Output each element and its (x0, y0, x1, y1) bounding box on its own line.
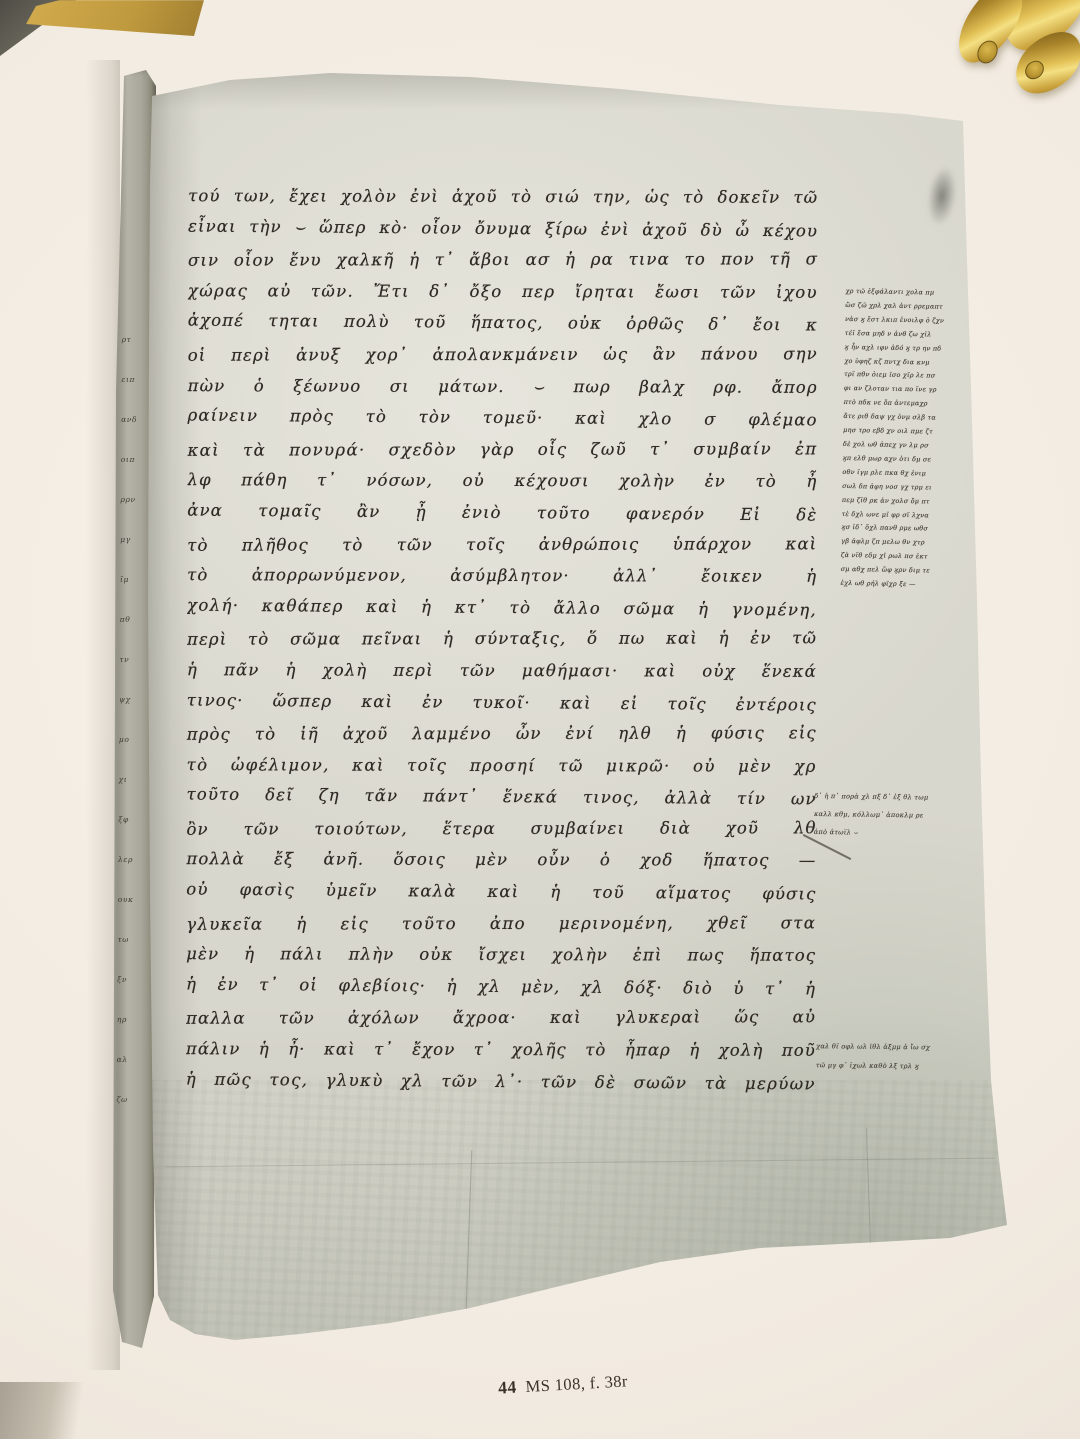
leaf-fragment: ξφ (118, 800, 152, 840)
text-line: τινος· ὥσπερ καὶ ἐν τυκοῖ· καὶ εἰ τοῖς ἐ… (187, 684, 817, 721)
text-line: ἡ πᾶν ἡ χολὴ περὶ τῶν μαθήμασι· καὶ οὐχ … (187, 654, 817, 687)
text-line: τὸ πλῆθος τὸ τῶν τοῖς ἀνθρώποις ὑπάρχον … (187, 528, 817, 561)
text-line: ἀνα τομαῖς ἂν ᾖ ἐνιὸ τοῦτο φανερόν Εἰ δὲ (187, 494, 817, 531)
text-line: γλυκεῖα ἡ εἰς τοῦτο ἀπο μερινομένη, χθεῖ… (186, 907, 816, 940)
scholia-line: πεμ ζϊθ ρκ ἀν χολσ ὅμ πτ (842, 494, 966, 510)
leaf-fragment: ξν (117, 960, 151, 1000)
leaf-fragment: αλ (116, 1040, 150, 1080)
caption-page-number: 44 (498, 1377, 518, 1398)
text-line: τὸ ἀπορρωνύμενον, ἀσύμβλητον· ἀλλ᾽ ἔοικε… (187, 559, 817, 592)
book-cover-edge (26, 0, 206, 48)
folio-edge-smudge (924, 164, 960, 227)
marginal-note-lower: χαλ θϊ οφλ ωλ ϊθλ ἀξμμ ἀ ἴω σχτῶ μγ φ᾽ ἰ… (816, 1037, 970, 1077)
note-line: χαλ θϊ οφλ ωλ ϊθλ ἀξμμ ἀ ἴω σχ (816, 1037, 970, 1058)
text-line: καὶ τὰ πονυρά· σχεδὸν γὰρ οἷς ζωῦ τ᾽ συμ… (187, 433, 817, 466)
leaf-fragment: μο (119, 720, 153, 760)
text-line: τού των, ἔχει χολὸν ἐνὶ ἀχοῦ τὸ σιώ την,… (188, 180, 818, 213)
marginal-scholia-block: χρ τῶ ἐξφάλαντι χολα πμὥσ ζῶ χρλ χαλ ἀντ… (840, 285, 969, 593)
greek-main-text: τού των, ἔχει χολὸν ἐνὶ ἀχοῦ τὸ σιώ την,… (186, 180, 818, 1098)
leaf-fragment: τω (117, 920, 151, 960)
marginal-note-middle: δ᾽ ἡ π᾽ πορὰ χλ πξ δ᾽ ἐξ θλ τωμκαλλ κθμ,… (814, 787, 967, 843)
text-line: πάλιν ἡ ἦ· καὶ τ᾽ ἔχον τ᾽ χολῆς τὸ ἧπαρ … (186, 1033, 816, 1066)
text-line: χώρας αὐ τῶν. Ἔτι δ᾽ ὄξο περ ἴρηται ἔωσι… (188, 275, 818, 308)
text-line: εἶναι τὴν ⌣ ὥπερ κὸ· οἷον ὄνυμα ξίρω ἐνὶ… (188, 210, 818, 247)
caption-shelfmark: MS 108, f. 38r (525, 1371, 628, 1396)
gold-hand-fingers-icon (938, 0, 1080, 112)
leaf-fragment: ζω (116, 1080, 150, 1120)
leaf-fragment: λερ (118, 840, 152, 880)
scholia-line: ἐχλ ωθ ρήλ φϊχρ ξε — (840, 577, 964, 593)
text-line: οἱ περὶ ἀνυξ χορ᾽ ἀπολανκμάνειν ὡς ἂν πά… (188, 338, 818, 371)
plate-paper-texture (150, 1080, 1010, 1345)
manuscript-plate: τού των, ἔχει χολὸν ἐνὶ ἀχοῦ τὸ σιώ την,… (0, 0, 1080, 1439)
text-line: χολή· καθάπερ καὶ ἡ κτ᾽ τὸ ἄλλο σῶμα ἡ γ… (187, 589, 817, 626)
book-photo: ρτειπανδοιπρρνμγϊμπθτνψχμοχιξφλερουκτωξν… (0, 0, 1080, 1439)
scholia-line: ϗ ἦν αχλ ιφν ἁδό ϗ τρ ην πδ (844, 341, 968, 357)
leaf-fragment: ουκ (118, 880, 152, 920)
text-line: μὲν ἡ πάλι πλὴν οὐκ ἴσχει χολὴν ἐπὶ πως … (186, 938, 816, 971)
note-line: τῶ μγ φ᾽ ἰχωλ καθὸ λξ τρλ ϗ (816, 1056, 970, 1077)
text-line: παλλα τῶν ἀχόλων ἄχροα· καὶ γλυκεραὶ ὥς … (186, 1002, 816, 1035)
text-line: ὂν τῶν τοιούτων, ἕτερα συμβαίνει διὰ χοῦ… (186, 812, 816, 845)
text-line: τὸ ὠφέλιμον, καὶ τοῖς προσηί τῶ μικρῶ· ο… (187, 749, 817, 782)
note-line: δ᾽ ἡ π᾽ πορὰ χλ πξ δ᾽ ἐξ θλ τωμ (814, 787, 966, 807)
plate-caption: 44MS 108, f. 38r (498, 1366, 699, 1398)
note-line: καλλ κθμ, κόλλωμ᾽ ἀποκλμ ρε (814, 805, 966, 825)
leaf-fragment: ψχ (119, 680, 153, 720)
text-line: ἀχοπέ τηται πολὺ τοῦ ἥπατος, οὐκ ὀρθῶς δ… (188, 305, 818, 342)
leaf-fragment: χι (118, 760, 152, 800)
text-line: ἡ πῶς τος, γλυκὺ χλ τῶν λ᾽· τῶν δὲ σωῶν … (186, 1063, 816, 1100)
text-line: πρὸς τὸ ἰῆ ἀχοῦ λαμμένο ὦν ἐνί ηλθ ἡ φύσ… (187, 717, 817, 750)
text-line: περὶ τὸ σῶμα πεῖναι ἡ σύνταξις, ὅ πω καὶ… (187, 623, 817, 656)
text-line: ραίνειν πρὸς τὸ τὸν τομεῦ· καὶ χλο σ φλέ… (187, 400, 817, 437)
bottom-left-shadow (0, 1382, 90, 1439)
text-line: πολλὰ ἔξ ἀνῆ. ὅσοις μὲν οὖν ὁ χοδ ἥπατος… (186, 844, 816, 877)
text-line: οὐ φασὶς ὑμεῖν καλὰ καὶ ἡ τοῦ αἵματος φύ… (186, 874, 816, 911)
plate-top-shade (150, 70, 980, 110)
text-line: λφ πάθη τ᾽ νόσων, οὐ κέχουσι χολὴν ἐν τὸ… (187, 465, 817, 498)
note-line: ἀπὸ ἀτωϊλ ⌣ (814, 823, 966, 843)
text-line: πὼν ὁ ξέωνυο σι μάτων. ⌣ πωρ βαλχ ρφ. ἄπ… (188, 370, 818, 403)
text-line: τοῦτο δεῖ ζη τᾶν πάντ᾽ ἕνεκά τινος, ἀλλὰ… (186, 779, 816, 816)
text-line: σιν οἷον ἔνυ χαλκῆ ἡ τ᾽ ἄβοι ασ ἡ ρα τιν… (188, 243, 818, 276)
text-line: ἡ ἐν τ᾽ οἱ φλεβίοις· ἡ χλ μὲν, χλ δόξ· δ… (186, 968, 816, 1005)
leaf-fragment: ηρ (117, 1000, 151, 1040)
